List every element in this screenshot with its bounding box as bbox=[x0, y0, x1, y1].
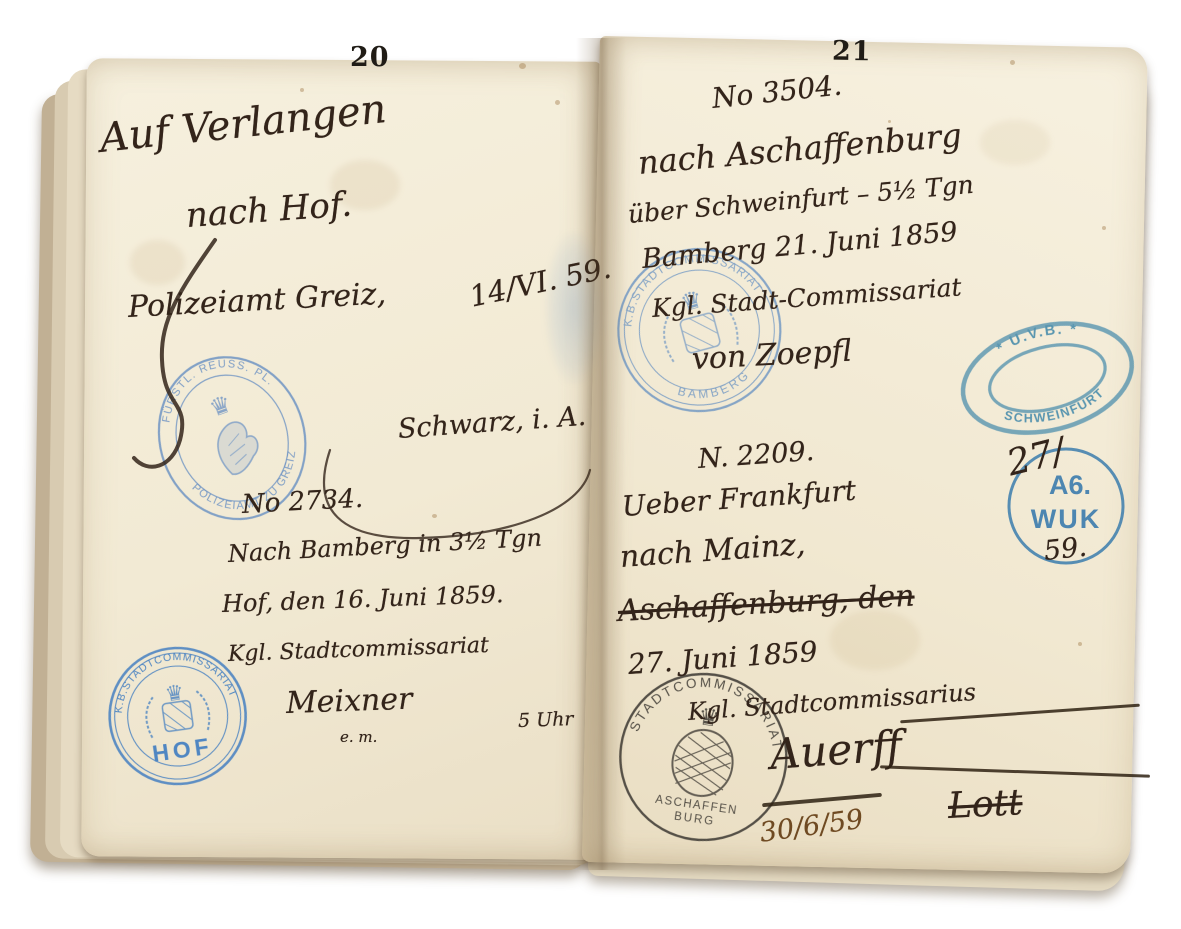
page-number-20: 20 bbox=[350, 42, 390, 73]
signature: Auerff bbox=[768, 721, 903, 779]
hand-date-over-stamp: 59. bbox=[1042, 532, 1088, 567]
entry-note: e. m. bbox=[340, 728, 377, 746]
signature-struck: Lott bbox=[947, 782, 1024, 827]
page-number-21: 21 bbox=[832, 36, 872, 68]
entry-time: 5 Uhr bbox=[518, 708, 574, 732]
entry-number: No 2734. bbox=[241, 484, 364, 520]
photo-stage: 20 Auf Verlangen nach Hof. Polizeiamt Gr… bbox=[0, 0, 1181, 929]
signature: Meixner bbox=[285, 682, 413, 721]
